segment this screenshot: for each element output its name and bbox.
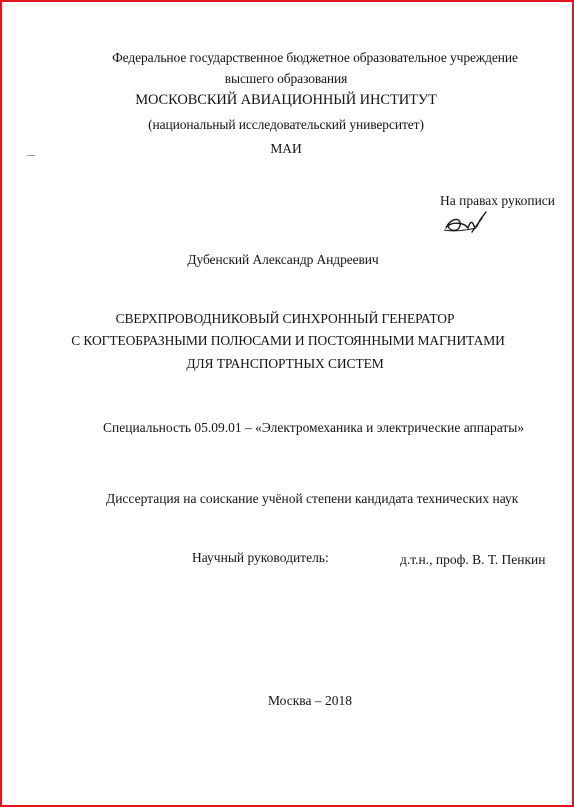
header-line-1: Федеральное государственное бюджетное об…	[28, 50, 574, 66]
supervisor-label: Научный руководитель:	[192, 550, 329, 566]
institute-abbrev: МАИ	[0, 141, 573, 157]
supervisor-name: д.т.н., проф. В. Т. Пенкин	[400, 552, 545, 568]
title-line-1: СВЕРХПРОВОДНИКОВЫЙ СИНХРОННЫЙ ГЕНЕРАТОР	[0, 311, 572, 327]
title-line-2: С КОГТЕОБРАЗНЫМИ ПОЛЮСАМИ И ПОСТОЯННЫМИ …	[1, 333, 574, 349]
author-name: Дубенский Александр Андреевич	[0, 252, 570, 268]
title-line-3: ДЛЯ ТРАНСПОРТНЫХ СИСТЕМ	[0, 356, 572, 372]
scan-speck	[27, 155, 35, 156]
institute-subtitle: (национальный исследовательский универси…	[0, 117, 573, 133]
city-year: Москва – 2018	[268, 693, 352, 709]
specialty: Специальность 05.09.01 – «Электромеханик…	[103, 420, 524, 436]
header-line-2: высшего образования	[0, 71, 573, 87]
manuscript-note: На правах рукописи	[440, 193, 555, 209]
degree-statement: Диссертация на соискание учёной степени …	[106, 491, 518, 507]
signature-icon	[442, 210, 488, 236]
institute-name: МОСКОВСКИЙ АВИАЦИОННЫЙ ИНСТИТУТ	[0, 92, 573, 109]
